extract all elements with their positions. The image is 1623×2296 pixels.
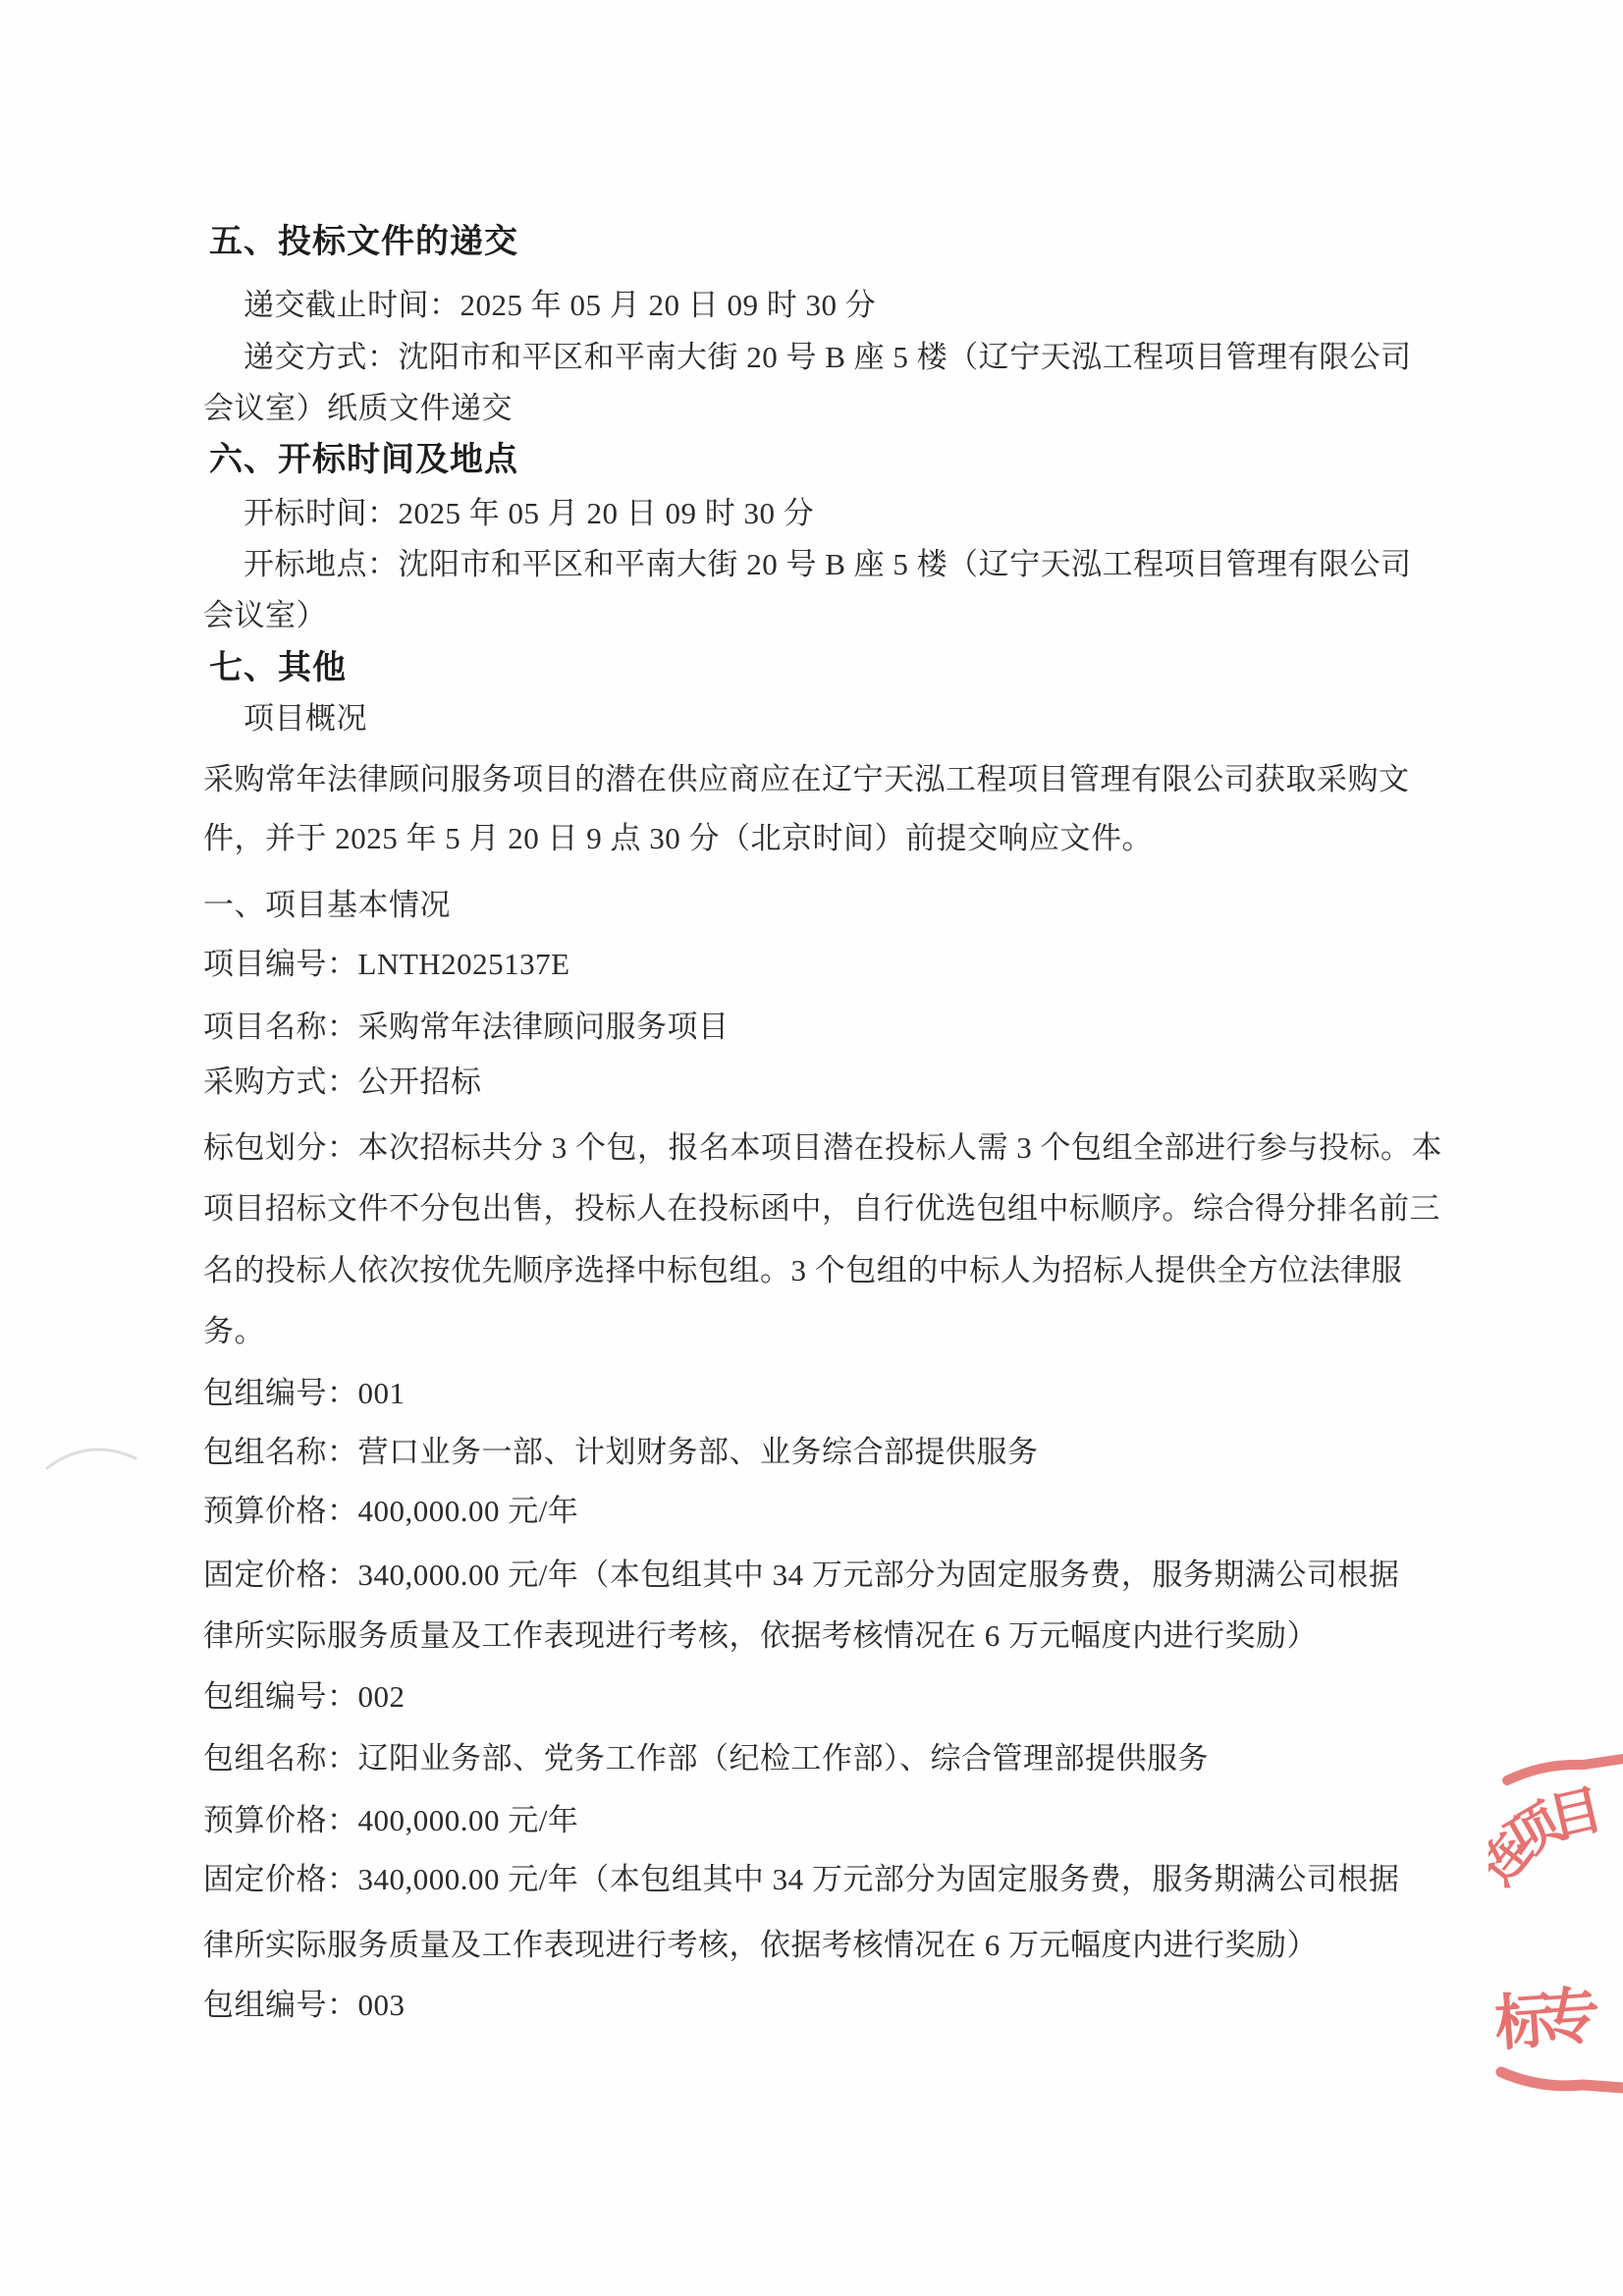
basic-info-heading: 一、项目基本情况 [203, 880, 451, 924]
stamp-arc-bottom [1501, 2072, 1623, 2088]
package-division-line3: 名的投标人依次按优先顺序选择中标包组。3 个包组的中标人为招标人提供全方位法律服 [203, 1245, 1402, 1289]
package1-fixed-price-line1: 固定价格：340,000.00 元/年（本包组其中 34 万元部分为固定服务费，… [203, 1550, 1399, 1594]
submission-method-line1: 递交方式：沈阳市和平区和平南大街 20 号 B 座 5 楼（辽宁天泓工程项目管理… [243, 332, 1412, 376]
section5-heading: 五、投标文件的递交 [209, 214, 518, 262]
package1-number: 包组编号：001 [203, 1368, 406, 1412]
bid-opening-place-line1: 开标地点：沈阳市和平区和平南大街 20 号 B 座 5 楼（辽宁天泓工程项目管理… [243, 539, 1412, 583]
submission-deadline: 递交截止时间：2025 年 05 月 20 日 09 时 30 分 [243, 280, 876, 324]
package-division-line1: 标包划分：本次招标共分 3 个包，报名本项目潜在投标人需 3 个包组全部进行参与… [203, 1122, 1442, 1167]
bid-opening-time: 开标时间：2025 年 05 月 20 日 09 时 30 分 [243, 488, 814, 532]
overview-paragraph-line1: 采购常年法律顾问服务项目的潜在供应商应在辽宁天泓工程项目管理有限公司获取采购文 [203, 754, 1410, 798]
package3-number: 包组编号：003 [203, 1980, 406, 2024]
package1-budget-price: 预算价格：400,000.00 元/年 [203, 1486, 578, 1530]
section7-heading: 七、其他 [209, 640, 347, 688]
project-overview-subheading: 项目概况 [243, 693, 367, 738]
submission-method-line2: 会议室）纸质文件递交 [203, 383, 513, 427]
package-division-line2: 项目招标文件不分包出售，投标人在投标函中，自行优选包组中标顺序。综合得分排名前三 [203, 1183, 1440, 1228]
package2-budget-price: 预算价格：400,000.00 元/年 [203, 1795, 578, 1839]
pencil-mark [39, 1429, 147, 1488]
stamp-arc-top [1507, 1759, 1623, 1780]
section6-heading: 六、开标时间及地点 [209, 432, 518, 480]
overview-paragraph-line2: 件，并于 2025 年 5 月 20 日 9 点 30 分（北京时间）前提交响应… [203, 813, 1153, 857]
red-stamp: 连 项 目 标 专 [1488, 1753, 1623, 2097]
procurement-method: 采购方式：公开招标 [203, 1057, 482, 1101]
package2-number: 包组编号：002 [203, 1671, 406, 1716]
package2-fixed-price-line1: 固定价格：340,000.00 元/年（本包组其中 34 万元部分为固定服务费，… [203, 1854, 1399, 1898]
package2-name: 包组名称：辽阳业务部、党务工作部（纪检工作部）、综合管理部提供服务 [203, 1733, 1209, 1777]
project-number: 项目编号：LNTH2025137E [203, 939, 570, 983]
project-name: 项目名称：采购常年法律顾问服务项目 [203, 1002, 730, 1046]
package1-fixed-price-line2: 律所实际服务质量及工作表现进行考核，依据考核情况在 6 万元幅度内进行奖励） [203, 1611, 1318, 1655]
bid-opening-place-line2: 会议室） [203, 590, 327, 634]
package2-fixed-price-line2: 律所实际服务质量及工作表现进行考核，依据考核情况在 6 万元幅度内进行奖励） [203, 1920, 1318, 1964]
scanned-tender-document-page: 五、投标文件的递交 递交截止时间：2025 年 05 月 20 日 09 时 3… [0, 0, 1623, 2296]
package1-name: 包组名称：营口业务一部、计划财务部、业务综合部提供服务 [203, 1427, 1039, 1471]
stamp-center-char-2: 专 [1537, 1982, 1602, 2053]
package-division-line4: 务。 [203, 1306, 265, 1350]
